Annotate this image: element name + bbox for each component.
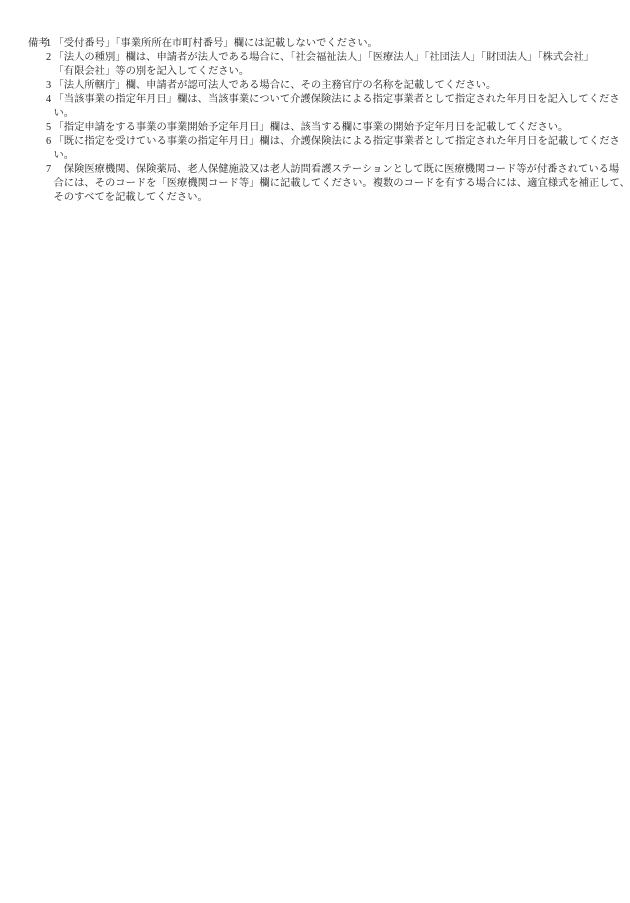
remark-number: 5 [46,121,54,135]
remarks-label: 備考 [28,37,46,51]
document-page: 備考 1 「受付番号」「事業所所在市町村番号」欄には記載しないでください。 2 … [0,0,630,903]
remark-text: 「法人の種別」欄は、申請者が法人である場合に、「社会福祉法人」「医療法人」「社団… [54,51,595,79]
remarks-notes: 備考 1 「受付番号」「事業所所在市町村番号」欄には記載しないでください。 2 … [28,37,630,205]
remark-text: 「既に指定を受けている事業の指定年月日」欄は、介護保険法による指定事業者として指… [54,135,620,163]
remark-item: 3 「法人所轄庁」欄、申請者が認可法人である場合に、その主務官庁の名称を記載して… [28,79,630,93]
remark-item: 6 「既に指定を受けている事業の指定年月日」欄は、介護保険法による指定事業者とし… [28,135,630,163]
remark-number: 3 [46,79,54,93]
remark-number: 2 [46,51,54,65]
remark-text: 「受付番号」「事業所所在市町村番号」欄には記載しないでください。 [54,37,378,51]
remark-number: 1 [46,37,54,51]
remark-text: 保険医療機関、保険薬局、老人保健施設又は老人訪問看護ステーションとして既に医療機… [54,163,630,205]
remark-text: 「法人所轄庁」欄、申請者が認可法人である場合に、その主務官庁の名称を記載してくだ… [54,79,497,93]
remark-item: 4 「当該事業の指定年月日」欄は、当該事業について介護保険法による指定事業者とし… [28,93,630,121]
remark-text: 「当該事業の指定年月日」欄は、当該事業について介護保険法による指定事業者として指… [54,93,620,121]
remark-text: 「指定申請をする事業の事業開始予定年月日」欄は、該当する欄に事業の開始予定年月日… [54,121,569,135]
remark-item: 5 「指定申請をする事業の事業開始予定年月日」欄は、該当する欄に事業の開始予定年… [28,121,630,135]
remark-number: 4 [46,93,54,107]
remark-item: 備考 1 「受付番号」「事業所所在市町村番号」欄には記載しないでください。 [28,37,630,51]
remark-item: 2 「法人の種別」欄は、申請者が法人である場合に、「社会福祉法人」「医療法人」「… [28,51,630,79]
remark-number: 7 [46,163,54,177]
remark-item: 7 保険医療機関、保険薬局、老人保健施設又は老人訪問看護ステーションとして既に医… [28,163,630,205]
remark-number: 6 [46,135,54,149]
